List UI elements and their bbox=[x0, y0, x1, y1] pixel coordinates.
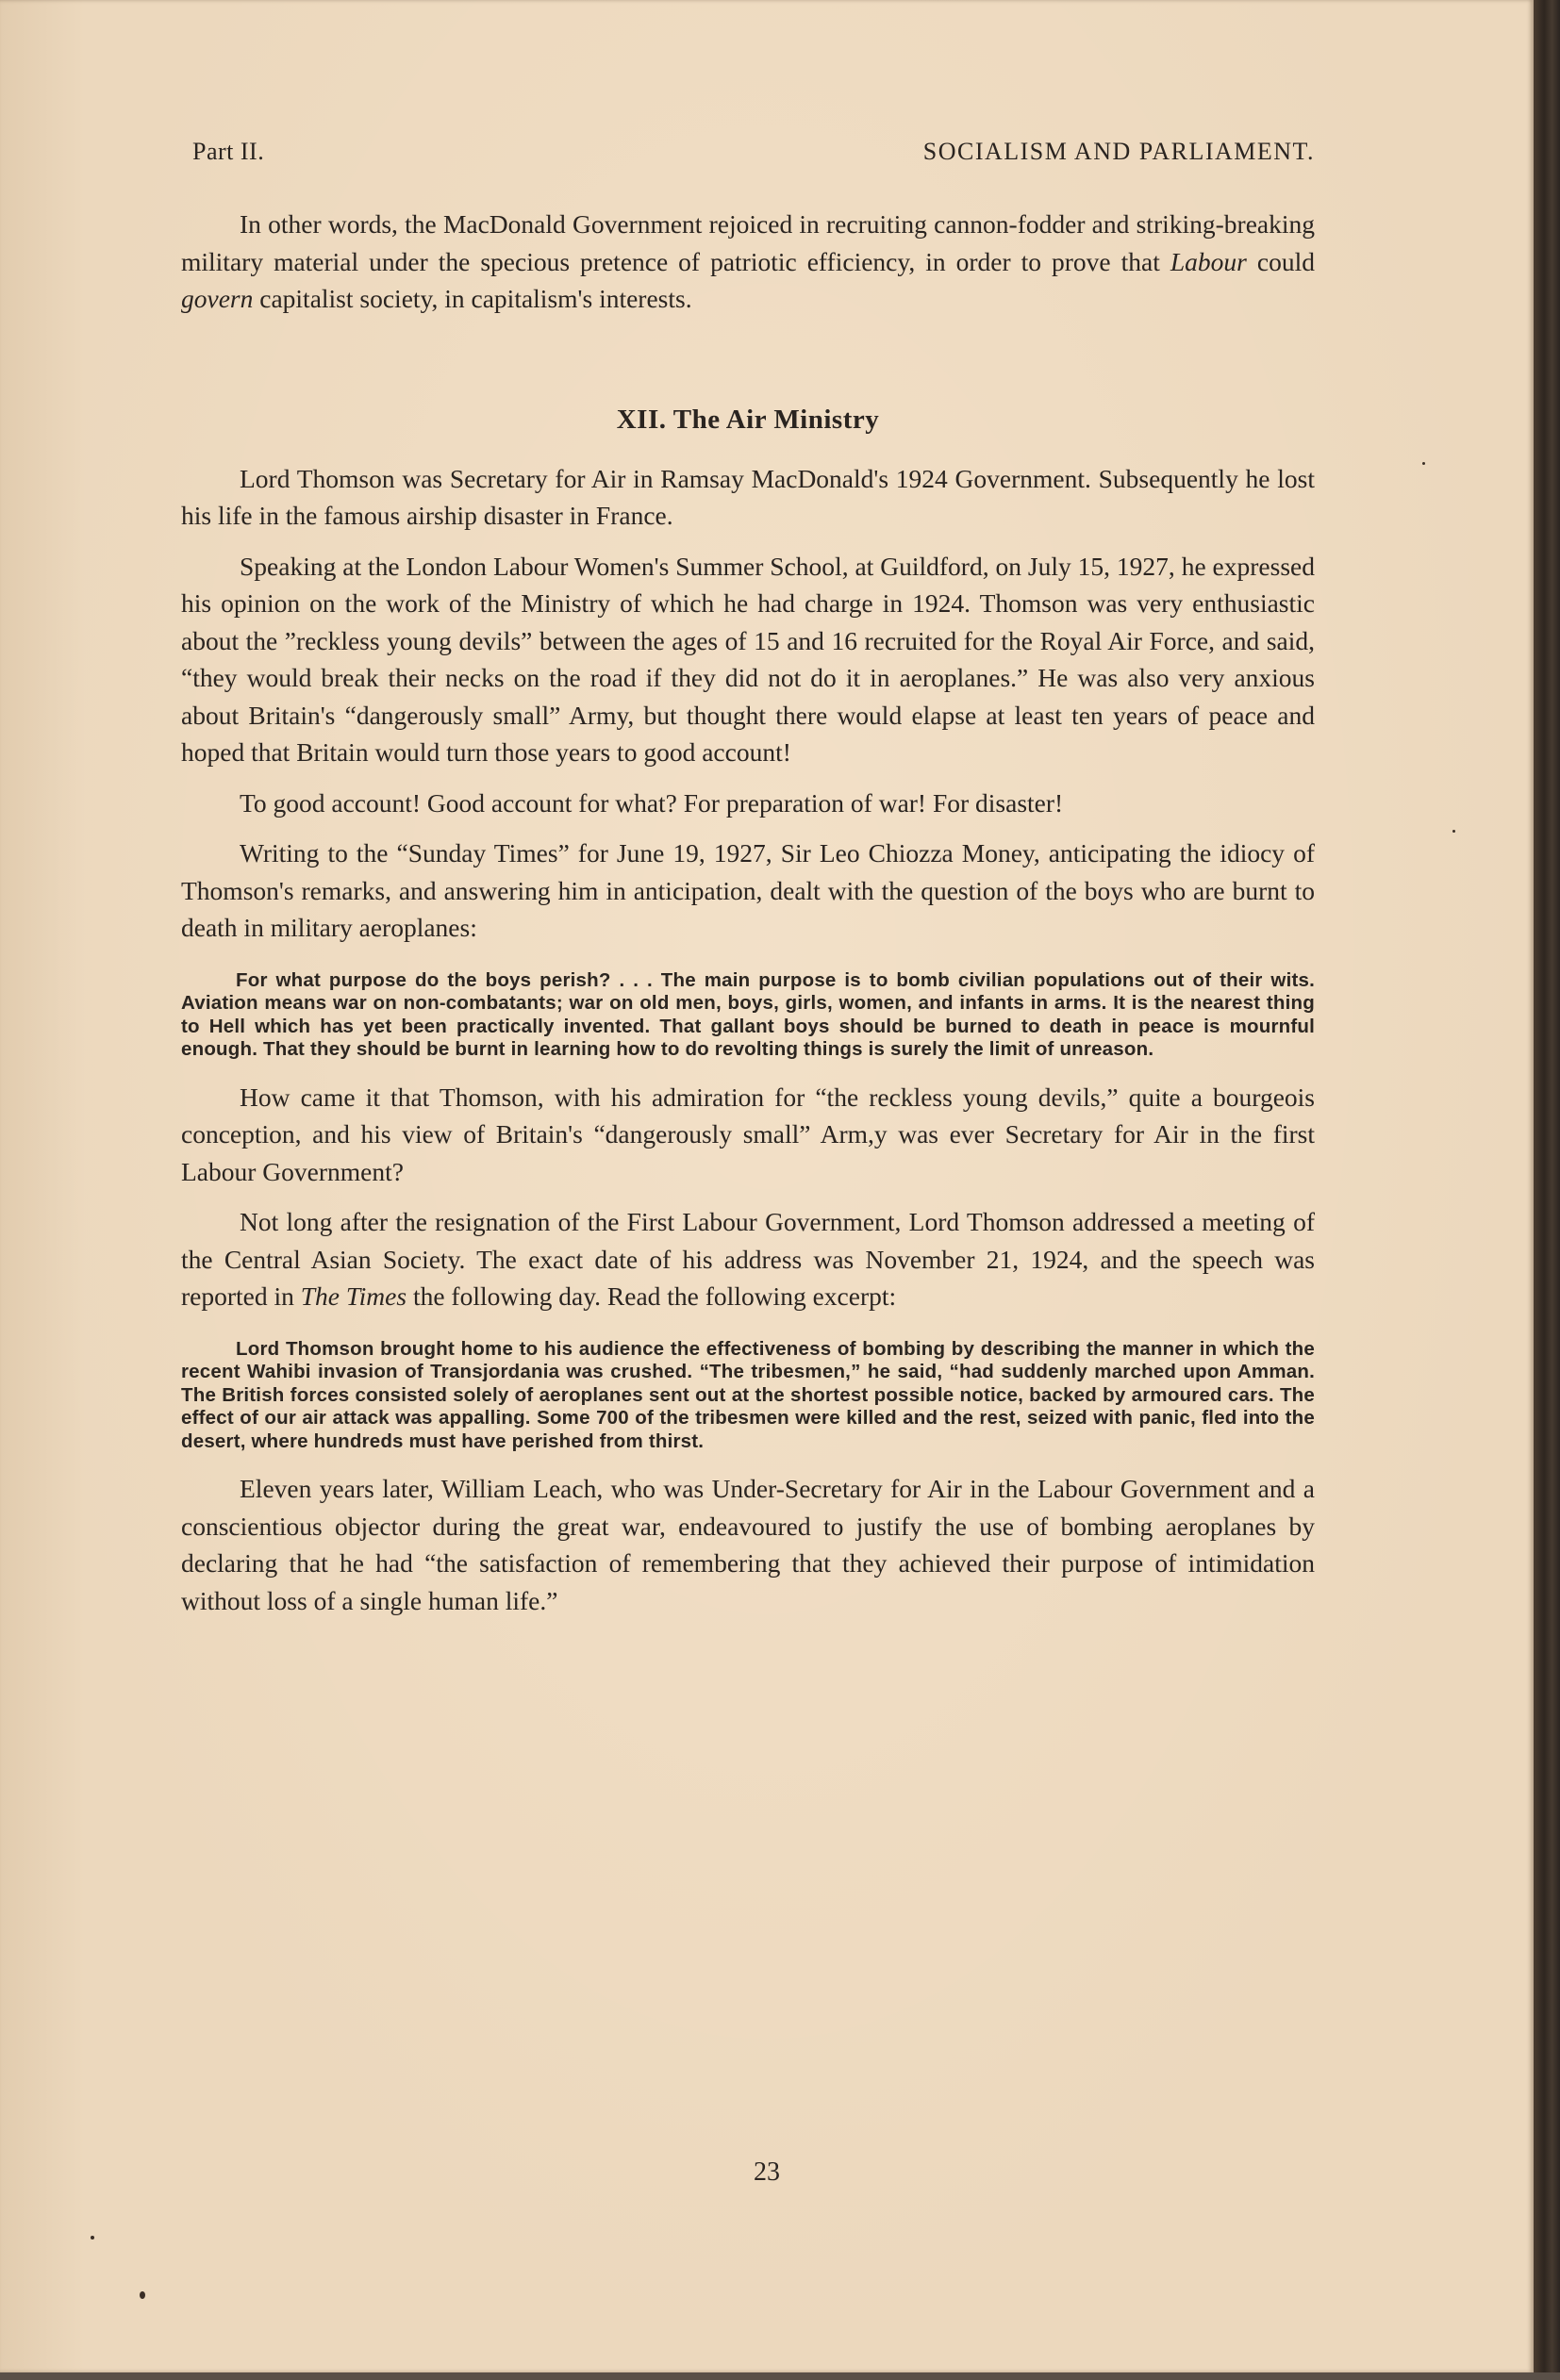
running-head-part: Part II. bbox=[192, 138, 264, 166]
paper-speck bbox=[1452, 830, 1455, 833]
paragraph-how-came-it: How came it that Thomson, with his admir… bbox=[181, 1079, 1315, 1191]
intro-italic-labour: Labour bbox=[1170, 247, 1247, 276]
quote-the-times-excerpt: Lord Thomson brought home to his audienc… bbox=[181, 1338, 1315, 1454]
paper-speck bbox=[91, 2236, 94, 2240]
paragraph-good-account: To good account! Good account for what? … bbox=[181, 785, 1315, 822]
running-head: Part II. SOCIALISM AND PARLIAMENT. bbox=[192, 138, 1315, 166]
running-head-title: SOCIALISM AND PARLIAMENT. bbox=[923, 138, 1315, 166]
paragraph-guildford-speech: Speaking at the London Labour Women's Su… bbox=[181, 548, 1315, 771]
book-page: Part II. SOCIALISM AND PARLIAMENT. In ot… bbox=[0, 0, 1534, 2372]
page-content: In other words, the MacDonald Government… bbox=[181, 206, 1315, 1619]
the-times-italic: The Times bbox=[301, 1281, 407, 1311]
intro-italic-govern: govern bbox=[181, 284, 253, 313]
paper-speck bbox=[140, 2291, 145, 2299]
intro-text: could bbox=[1247, 247, 1315, 276]
page-bottom-shadow bbox=[0, 2372, 1560, 2380]
intro-text: capitalist society, in capitalism's inte… bbox=[253, 284, 691, 313]
section-spacer bbox=[181, 318, 1315, 405]
intro-text: In other words, the MacDonald Government… bbox=[181, 209, 1315, 276]
paragraph-william-leach: Eleven years later, William Leach, who w… bbox=[181, 1470, 1315, 1619]
paragraph-thomson-intro: Lord Thomson was Secretary for Air in Ra… bbox=[181, 460, 1315, 535]
page-number: 23 bbox=[0, 2157, 1534, 2188]
times-paragraph-text: the following day. Read the following ex… bbox=[407, 1281, 896, 1311]
book-edge bbox=[1534, 0, 1560, 2380]
paragraph-sunday-times: Writing to the “Sunday Times” for June 1… bbox=[181, 835, 1315, 947]
paper-speck bbox=[1422, 462, 1425, 465]
quote-chiozza-money: For what purpose do the boys perish? . .… bbox=[181, 969, 1315, 1062]
paragraph-central-asian-society: Not long after the resignation of the Fi… bbox=[181, 1203, 1315, 1315]
section-heading: XII. The Air Ministry bbox=[181, 405, 1315, 436]
intro-paragraph: In other words, the MacDonald Government… bbox=[181, 206, 1315, 318]
